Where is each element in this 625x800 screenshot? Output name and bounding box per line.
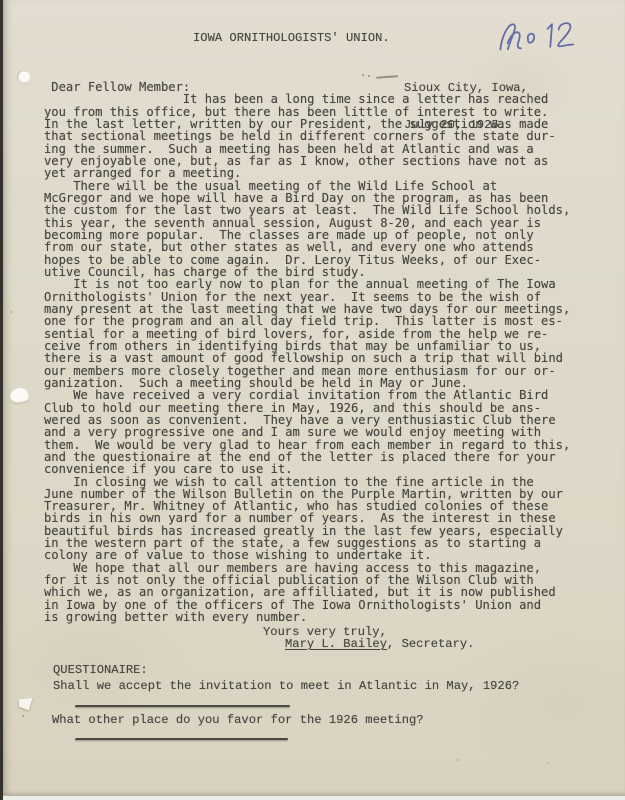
scan-edge-left	[0, 0, 3, 800]
closing-block: Yours very truly, Mary L. Bailey, Secret…	[263, 626, 493, 656]
answer-blank-2	[75, 738, 288, 740]
questionnaire-heading: QUESTIONAIRE:	[53, 664, 148, 676]
handwriting-strokes	[493, 15, 594, 60]
scan-edge-bottom	[3, 796, 625, 800]
letter-body: Dear Fellow Member: It has been a long t…	[44, 81, 570, 623]
paper-speck	[457, 759, 459, 761]
signature-line: Mary L. Bailey, Secretary.	[285, 638, 474, 650]
questionnaire-block: QUESTIONAIRE: Shall we accept the invita…	[52, 664, 552, 754]
signature-name: Mary L. Bailey	[285, 637, 387, 651]
questionnaire-question-1: Shall we accept the invitation to meet i…	[53, 680, 519, 692]
punch-hole-bottom	[18, 697, 33, 711]
paper-speck	[22, 715, 24, 717]
pencil-mark	[362, 73, 402, 79]
letter-title: IOWA ORNITHOLOGISTS' UNION.	[193, 32, 390, 44]
answer-blank-1	[75, 705, 290, 707]
paper-speck	[10, 311, 12, 313]
handwritten-number	[493, 15, 594, 60]
questionnaire-question-2: What other place do you favor for the 19…	[52, 714, 424, 726]
paper-speck	[547, 762, 549, 764]
signature-suffix: , Secretary.	[387, 637, 474, 651]
